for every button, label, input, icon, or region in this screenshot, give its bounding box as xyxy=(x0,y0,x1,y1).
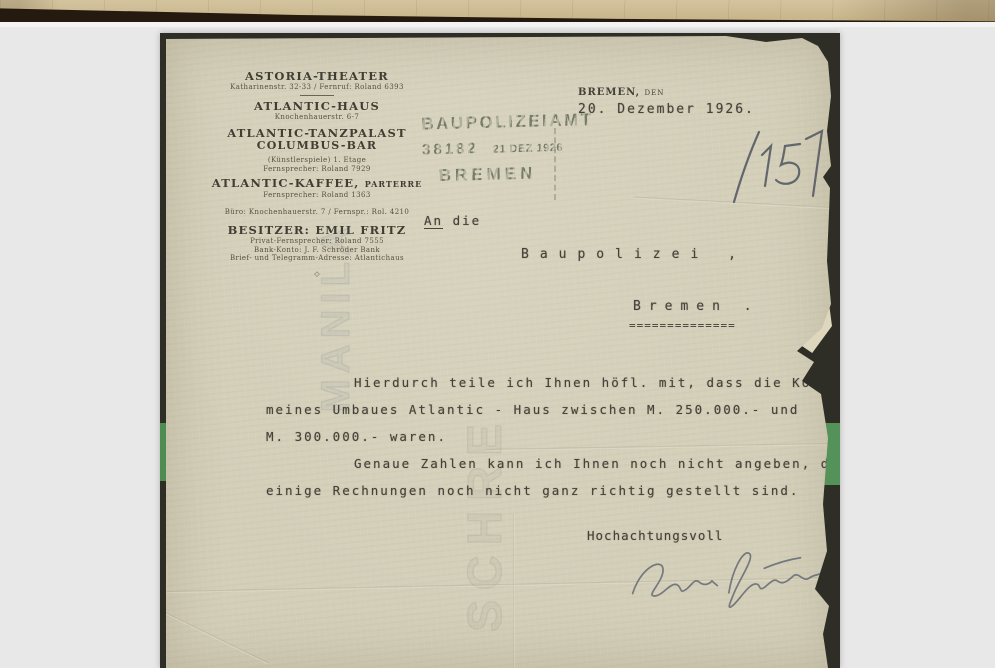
body-line-text: Genaue Zahlen kann ich Ihnen noch nicht … xyxy=(354,456,840,471)
recipient-baupolizei: Baupolizei , xyxy=(521,247,747,262)
letterhead-kaffee-suffix: PARTERRE xyxy=(365,179,423,189)
letterhead-kaffee-main: ATLANTIC-KAFFEE, xyxy=(212,176,360,190)
body-line: meines Umbaues Atlantic - Haus zwischen … xyxy=(266,396,831,423)
letterhead-besitzer-sub1: Privat-Fernsprecher: Roland 7555 xyxy=(189,237,445,246)
strip-shadow-edge xyxy=(0,0,995,22)
green-backing-left xyxy=(160,423,167,481)
date-den: den xyxy=(645,89,665,97)
recipient-underline: ============== xyxy=(629,319,784,332)
letterhead-haus: ATLANTIC-HAUS xyxy=(189,100,445,113)
adjacent-page-strip xyxy=(0,0,995,22)
closing-salutation: Hochachtungsvoll xyxy=(587,528,723,543)
letterhead-kaffee-sub: Fernsprecher: Roland 1363 xyxy=(189,191,445,200)
body-paragraph-2: Genaue Zahlen kann ich Ihnen noch nicht … xyxy=(266,450,831,504)
handwritten-number-annotation xyxy=(724,122,828,219)
scanned-letter-page: MANILA SCHRE ASTORIA-THEATER Katharinens… xyxy=(160,33,840,668)
paper-crease xyxy=(513,514,515,668)
letterhead-buero: Büro: Knochenhauerstr. 7 / Fernspr.: Rol… xyxy=(189,208,445,217)
recipient-die: die xyxy=(443,213,481,228)
body-paragraph-1: Hierdurch teile ich Ihnen höfl. mit, das… xyxy=(266,369,831,450)
recipient-an: An xyxy=(424,213,443,229)
recipient-an-die: An die xyxy=(424,213,481,228)
letterhead: ASTORIA-THEATER Katharinenstr. 32-33 / F… xyxy=(189,70,445,278)
date-place: BREMEN, xyxy=(578,87,640,98)
recipient-bremen: Bremen . xyxy=(633,299,760,314)
stamp-office: BAUPOLIZEIAMT xyxy=(421,110,611,135)
viewer-canvas: MANILA SCHRE ASTORIA-THEATER Katharinens… xyxy=(0,0,995,668)
letter-paper: MANILA SCHRE ASTORIA-THEATER Katharinens… xyxy=(166,36,834,668)
stamp-number: 38182 xyxy=(422,140,479,158)
body-line: Genaue Zahlen kann ich Ihnen noch nicht … xyxy=(266,450,831,477)
letterhead-besitzer: BESITZER: EMIL FRITZ xyxy=(189,224,445,237)
baupolizeiamt-stamp: BAUPOLIZEIAMT 3818221 DEZ 1926 BREMEN xyxy=(421,110,613,187)
body-line: M. 300.000.- waren. xyxy=(266,423,831,450)
date-line: BREMEN, den 20. Dezember 1926. xyxy=(578,82,834,118)
body-line-text: Hierdurch teile ich Ihnen höfl. mit, das… xyxy=(354,375,840,390)
letterhead-columbus: COLUMBUS-BAR xyxy=(189,140,445,152)
letterhead-kaffee: ATLANTIC-KAFFEE, PARTERRE xyxy=(189,177,445,191)
letterhead-columbus-sub2: Fernsprecher: Roland 7929 xyxy=(189,165,445,174)
letterhead-haus-sub: Knochenhauerstr. 6-7 xyxy=(189,113,445,122)
strip-divider xyxy=(0,22,995,27)
signature-emil-fritz xyxy=(613,533,838,628)
stamp-dashed-line xyxy=(554,128,556,200)
letterhead-ornament: ◇ xyxy=(189,270,445,278)
signature-strokes xyxy=(613,533,838,623)
letterhead-astoria-sub: Katharinenstr. 32-33 / Fernruf: Roland 6… xyxy=(189,83,445,92)
stamp-date: 21 DEZ 1926 xyxy=(493,142,564,156)
stamp-city: BREMEN xyxy=(438,162,612,187)
letterhead-astoria: ASTORIA-THEATER xyxy=(189,70,445,83)
body-line: einige Rechnungen noch nicht ganz richti… xyxy=(266,477,831,504)
letterhead-besitzer-sub3: Brief- und Telegramm-Adresse: Atlanticha… xyxy=(189,254,445,263)
letterhead-columbus-sub1: (Künstlerspiele) 1. Etage xyxy=(189,156,445,165)
letterhead-besitzer-sub2: Bank-Konto: J. F. Schröder Bank xyxy=(189,246,445,255)
handwritten-15-strokes xyxy=(724,122,828,214)
paper-crease xyxy=(160,610,268,664)
stamp-number-row: 3818221 DEZ 1926 xyxy=(422,137,612,159)
body-line: Hierdurch teile ich Ihnen höfl. mit, das… xyxy=(266,369,831,396)
letterhead-rule xyxy=(300,95,334,96)
